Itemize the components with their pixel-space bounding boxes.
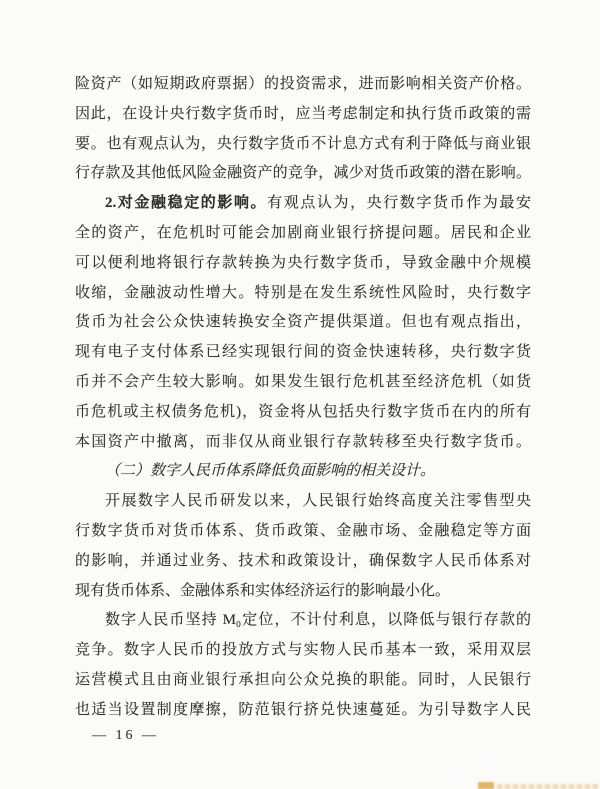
text-line: 的影响，并通过业务、技术和政策设计，确保数字人民币体系对 xyxy=(75,547,531,577)
body-text: 险资产（如短期政府票据）的投资需求，进而影响相关资产价格。 因此，在设计央行数字… xyxy=(75,70,531,726)
text-line: 数字人民币坚持 M₀定位，不计付利息，以降低与银行存款的 xyxy=(75,606,531,636)
text-line: 全的资产，在危机时可能会加剧商业银行挤提问题。居民和企业 xyxy=(75,219,531,249)
subheading-continuation: 有观点认为，央行数字货币作为最安 xyxy=(267,195,531,211)
text-line: 本国资产中撤离，而非仅从商业银行存款转移至央行数字货币。 xyxy=(75,428,531,458)
text-line: 也适当设置制度摩擦，防范银行挤兑快速蔓延。为引导数字人民 xyxy=(75,696,531,726)
text-line: 币并不会产生较大影响。如果发生银行危机甚至经济危机（如货 xyxy=(75,368,531,398)
text-line: 要。也有观点认为，央行数字货币不计息方式有利于降低与商业银 xyxy=(75,130,531,160)
text-line: 收缩，金融波动性增大。特别是在发生系统性风险时，央行数字 xyxy=(75,279,531,309)
text-line: 因此，在设计央行数字货币时，应当考虑制定和执行货币政策的需 xyxy=(75,100,531,130)
watermark-mark xyxy=(478,782,494,789)
watermark-text-smudge xyxy=(497,784,598,789)
text-line: 货币为社会公众快速转换安全资产提供渠道。但也有观点指出， xyxy=(75,308,531,338)
text-line: 现有货币体系、金融体系和实体经济运行的影响最小化。 xyxy=(75,577,531,607)
text-line: 竞争。数字人民币的投放方式与实物人民币基本一致，采用双层 xyxy=(75,636,531,666)
text-line-subheading: 2.对金融稳定的影响。有观点认为，央行数字货币作为最安 xyxy=(75,189,531,219)
text-line: 行存款及其他低风险金融资产的竞争，减少对货币政策的潜在影响。 xyxy=(75,159,531,189)
subheading-label: 2.对金融稳定的影响。 xyxy=(105,195,267,211)
text-line: 开展数字人民币研发以来，人民银行始终高度关注零售型央 xyxy=(75,487,531,517)
section-heading: （二）数字人民币体系降低负面影响的相关设计。 xyxy=(75,457,531,487)
text-line: 可以便利地将银行存款转换为央行数字货币，导致金融中介规模 xyxy=(75,249,531,279)
watermark-artifact xyxy=(478,780,598,789)
text-line: 险资产（如短期政府票据）的投资需求，进而影响相关资产价格。 xyxy=(75,70,531,100)
text-line: 行数字货币对货币体系、货币政策、金融市场、金融稳定等方面 xyxy=(75,517,531,547)
text-line: 币危机或主权债务危机)，资金将从包括央行数字货币在内的所有 xyxy=(75,398,531,428)
document-page: 险资产（如短期政府票据）的投资需求，进而影响相关资产价格。 因此，在设计央行数字… xyxy=(0,0,600,789)
text-line: 运营模式且由商业银行承担向公众兑换的职能。同时，人民银行 xyxy=(75,666,531,696)
page-number: — 16 — xyxy=(92,728,159,744)
text-line: 现有电子支付体系已经实现银行间的资金快速转移，央行数字货 xyxy=(75,338,531,368)
